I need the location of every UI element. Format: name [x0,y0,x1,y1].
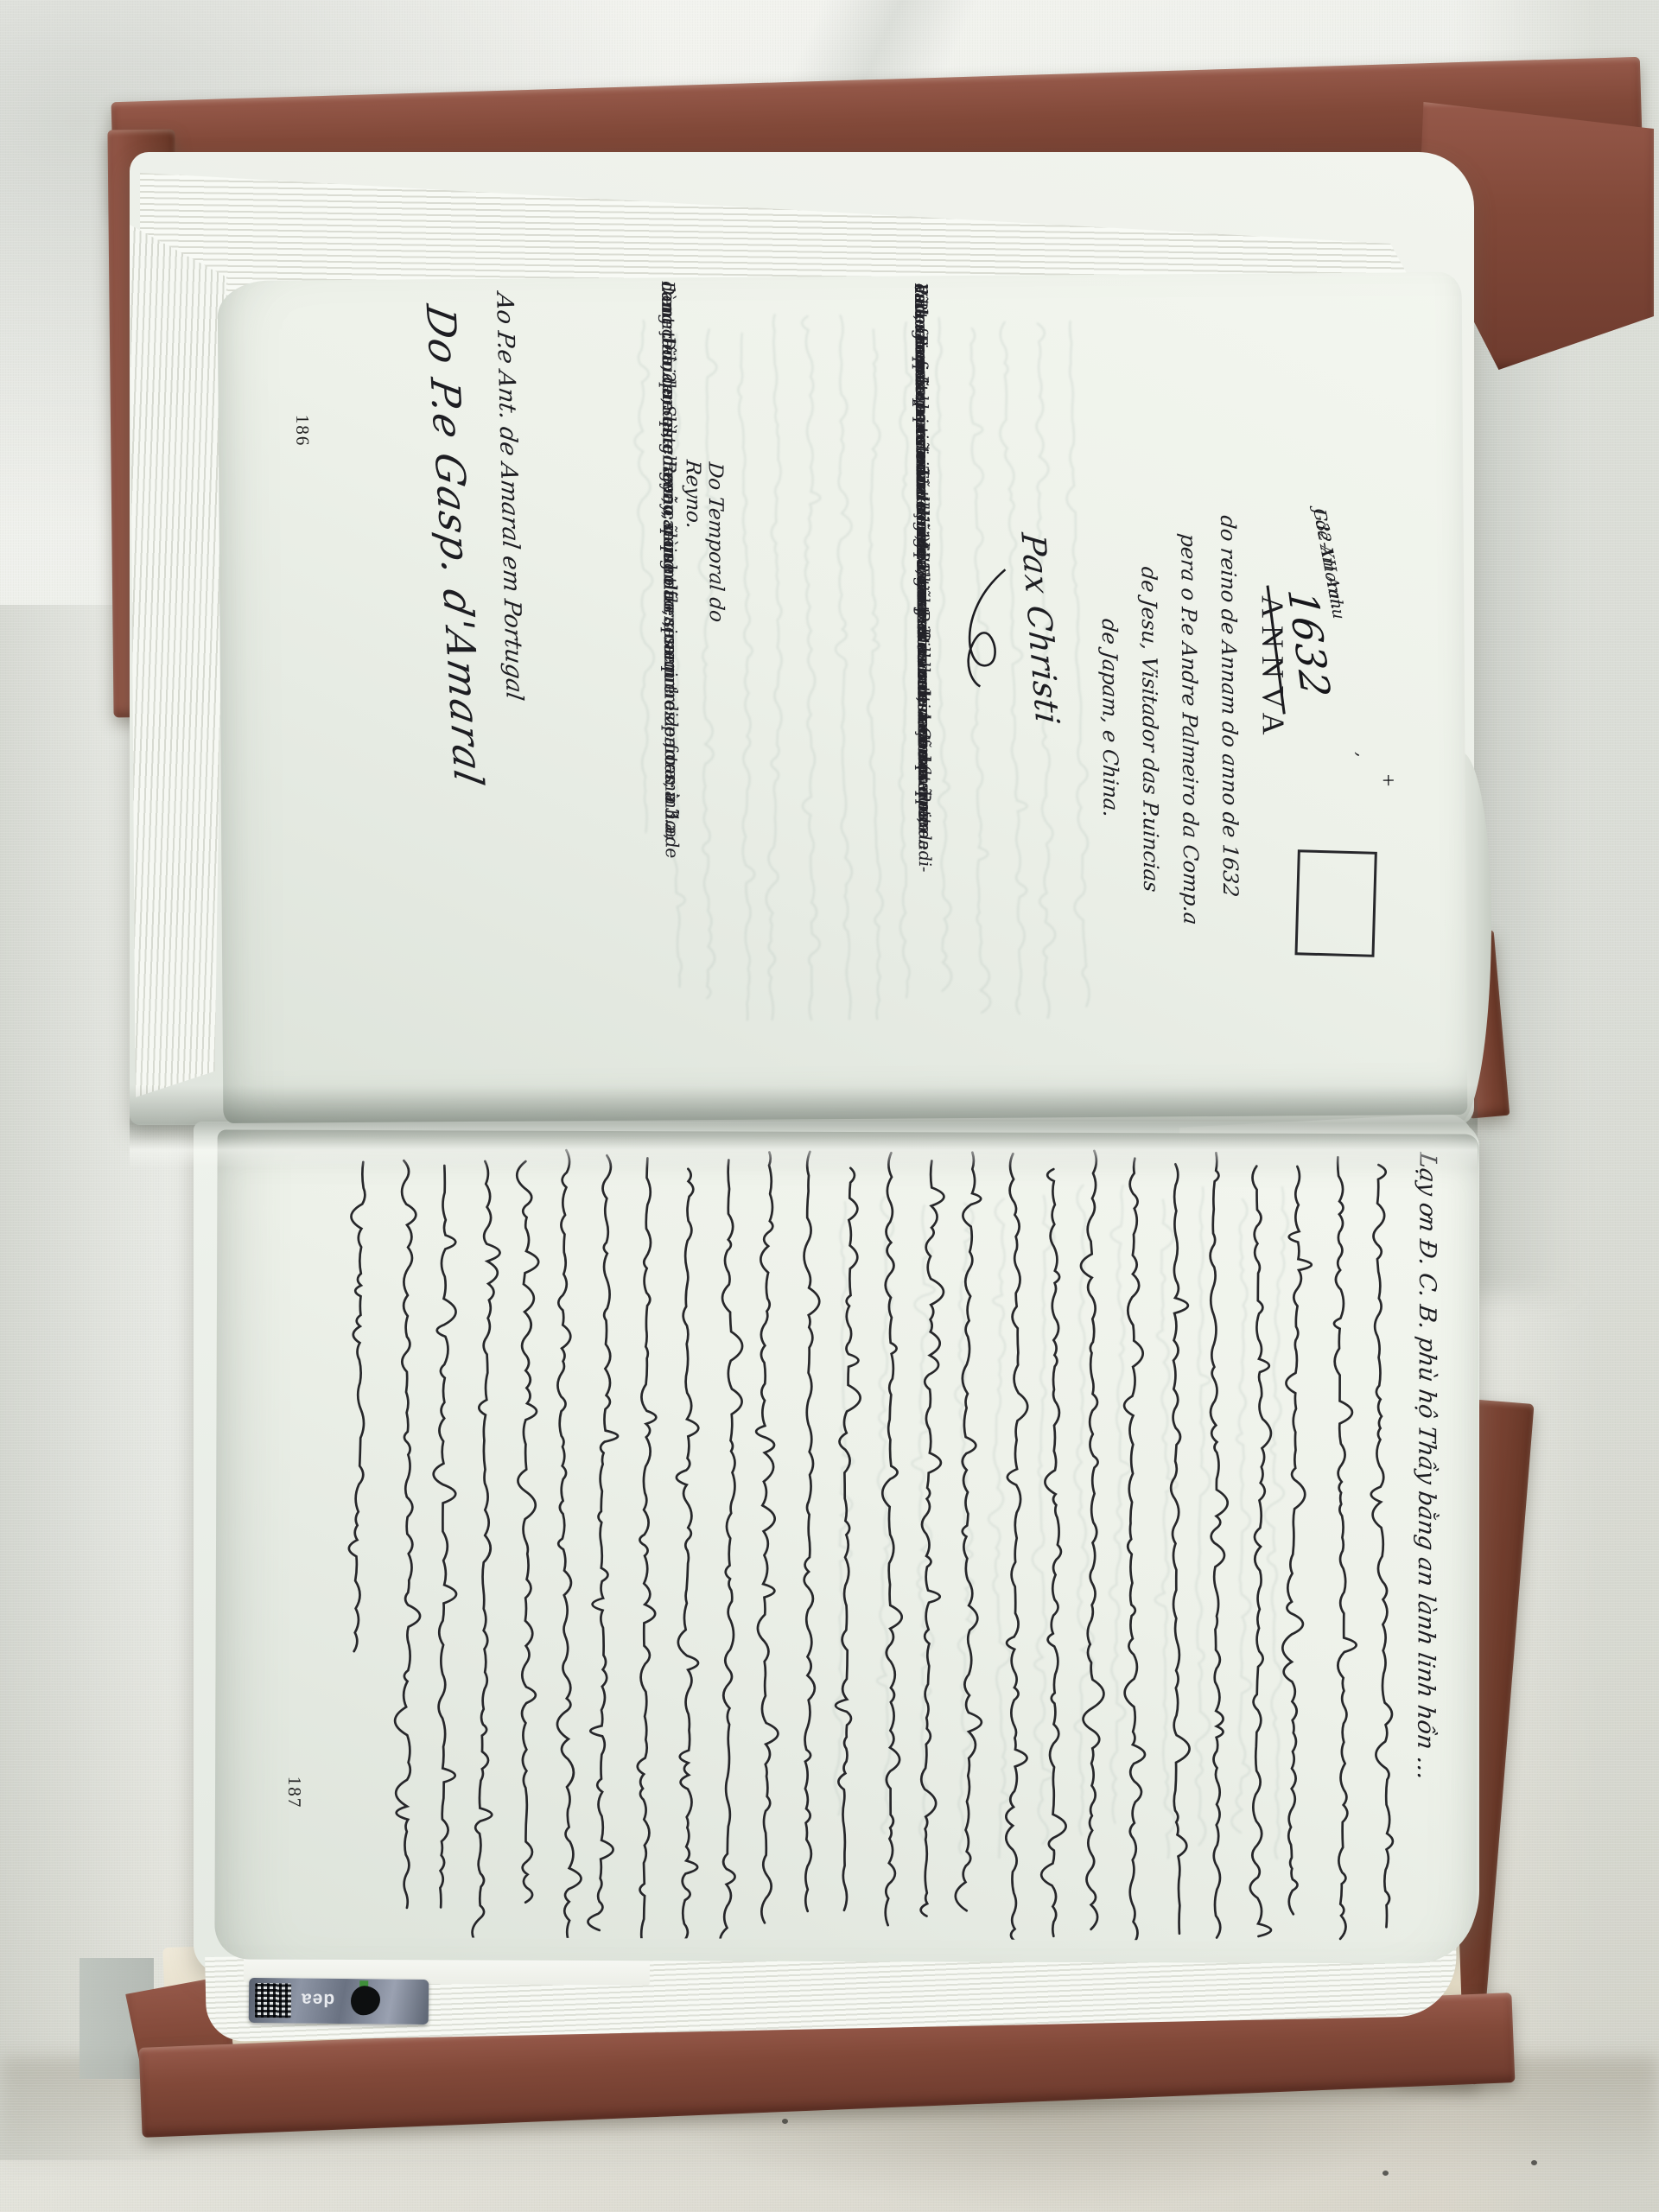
flourish-swash [953,561,1014,690]
folio-number: 186 [291,415,313,448]
header-line: de Jesu, Visitador das P.uincias [1136,566,1162,859]
closing-line: Ao P.e Ant. de Amaral em Portugal [491,291,528,702]
page-187: Lạy ơn Đ. C. B. phù hộ Thầy bằng an lành… [214,1129,1478,1963]
page-187-reading-layer: Lạy ơn Đ. C. B. phù hộ Thầy bằng an lành… [214,1129,1478,1963]
jesuit-cross-mark: + [1375,772,1401,788]
folio-number: 187 [283,1777,305,1809]
header-line: de Japam, e China. [1097,618,1122,785]
lint-speck [1382,2171,1389,2176]
printed-empty-box [1294,849,1376,957]
header-line: do reino de Annam do anno de 1632 [1216,498,1243,915]
header-line: pera o P.e Andre Palmeiro da Comp.a [1176,532,1203,880]
title-block: 1632 ANNVA [1232,585,1329,776]
sticker-logo-blob-icon [351,1986,380,2015]
pen-tick-mark: ʼ [1342,749,1363,757]
lint-speck [782,2119,788,2124]
vietnamese-opening-line: Lạy ơn Đ. C. B. phù hộ Thầy bằng an lành… [1412,1151,1441,1782]
photo-stage: dea G32-XII Annu J de Amoral. + ʼ 1632 A… [0,0,1659,2212]
author-signature: Do P.e Gasp. d'Amaral [416,302,493,791]
qr-code-icon [255,1983,291,2018]
page-186: G32-XII Annu J de Amoral. + ʼ 1632 ANNVA… [218,272,1468,1123]
section-heading: Do Temporal do Reyno. [682,459,728,679]
lint-speck [1531,2160,1537,2165]
spine-gutter-shadow [130,1085,1478,1168]
body-line: V.R., fazendo primeiro relação d'algũas … [909,282,937,845]
page-edges-left [130,225,226,1097]
page-186-reading-layer: G32-XII Annu J de Amoral. + ʼ 1632 ANNVA… [217,272,1467,1123]
body-line: dàng tlên, que que dizer, caminho de sim… [652,279,686,669]
security-sticker: dea [249,1978,429,2024]
sticker-text: dea [301,1989,334,2010]
printed-title: ANNVA [1255,595,1292,743]
